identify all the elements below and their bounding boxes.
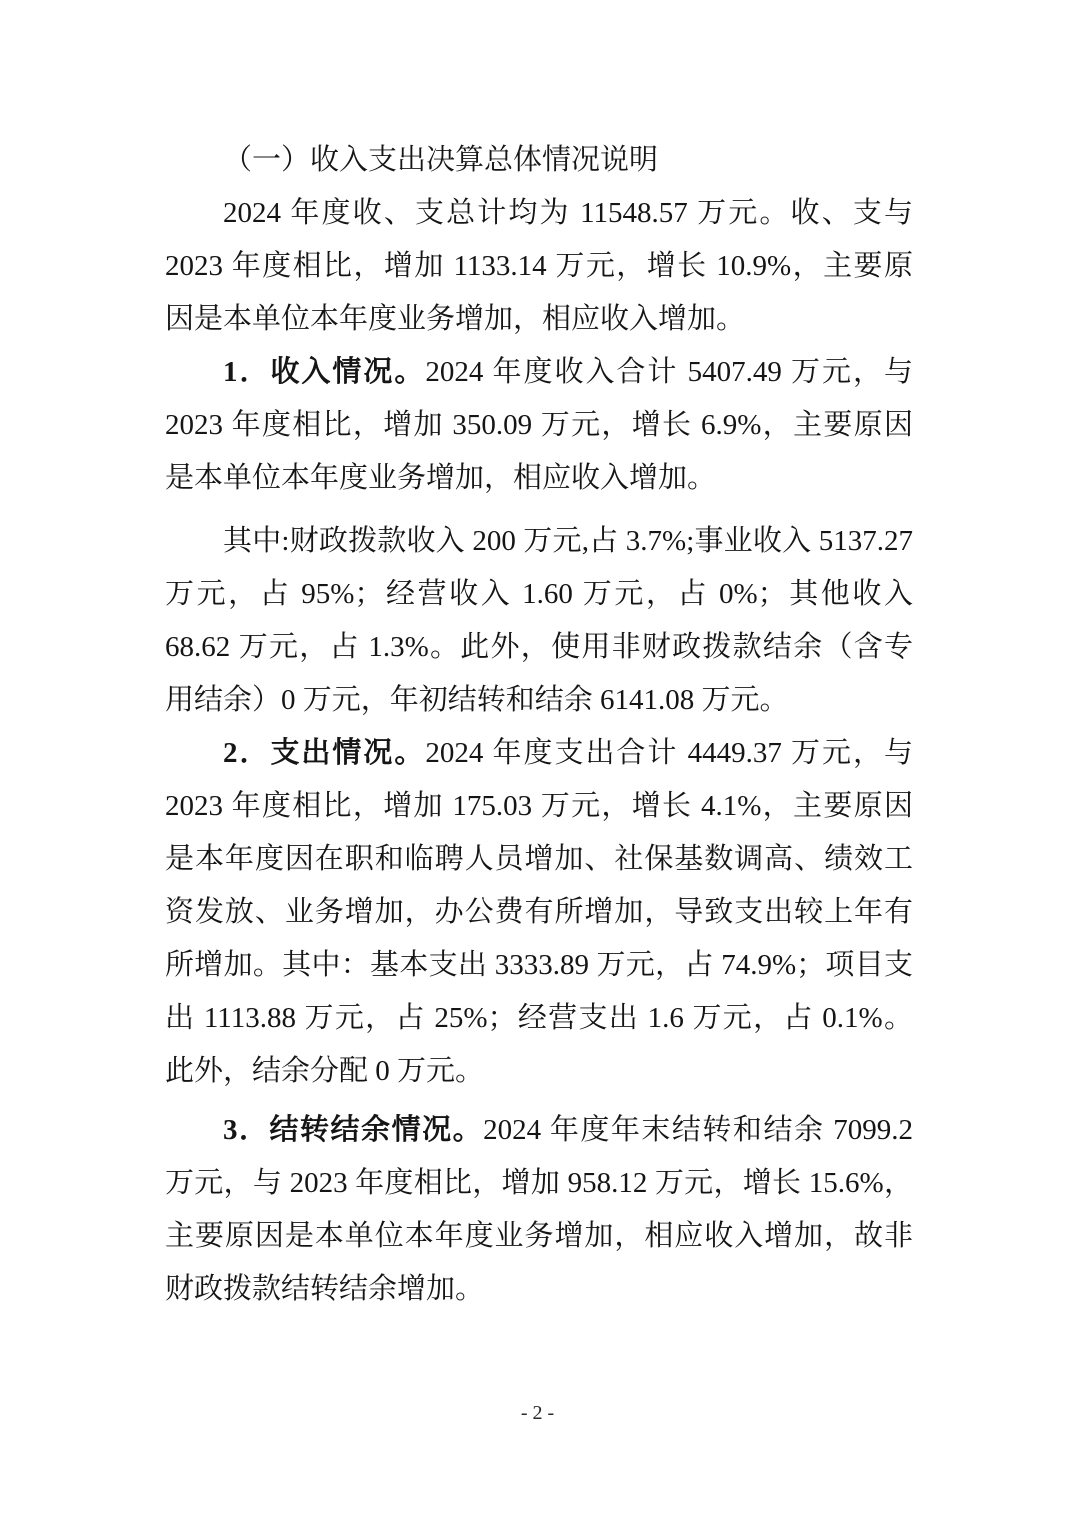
paragraph-expenditure: 2．支出情况。2024 年度支出合计 4449.37 万元，与 2023 年度相… — [165, 727, 913, 1098]
paragraph-lead: 3．结转结余情况。 — [223, 1114, 483, 1146]
paragraph-lead: 1．收入情况。 — [223, 356, 425, 388]
document-body: （一）收入支出决算总体情况说明 2024 年度收、支总计均为 11548.57 … — [165, 134, 913, 1316]
paragraph-overview: 2024 年度收、支总计均为 11548.57 万元。收、支与 2023 年度相… — [165, 187, 913, 346]
page-number: - 2 - — [0, 1400, 1075, 1426]
paragraph-text: 2024 年度支出合计 4449.37 万元，与 2023 年度相比，增加 17… — [165, 737, 913, 1087]
paragraph-income-detail: 其中:财政拨款收入 200 万元,占 3.7%;事业收入 5137.27 万元，… — [165, 515, 913, 727]
paragraph-lead: 2．支出情况。 — [223, 737, 425, 769]
document-page: （一）收入支出决算总体情况说明 2024 年度收、支总计均为 11548.57 … — [0, 0, 1075, 1520]
paragraph-text: 2024 年度收、支总计均为 11548.57 万元。收、支与 2023 年度相… — [165, 197, 913, 335]
paragraph-carryover: 3．结转结余情况。2024 年度年末结转和结余 7099.2 万元，与 2023… — [165, 1104, 913, 1316]
paragraph-text: 其中:财政拨款收入 200 万元,占 3.7%;事业收入 5137.27 万元，… — [165, 525, 913, 716]
section-heading: （一）收入支出决算总体情况说明 — [165, 134, 913, 187]
paragraph-income: 1．收入情况。2024 年度收入合计 5407.49 万元，与 2023 年度相… — [165, 346, 913, 505]
